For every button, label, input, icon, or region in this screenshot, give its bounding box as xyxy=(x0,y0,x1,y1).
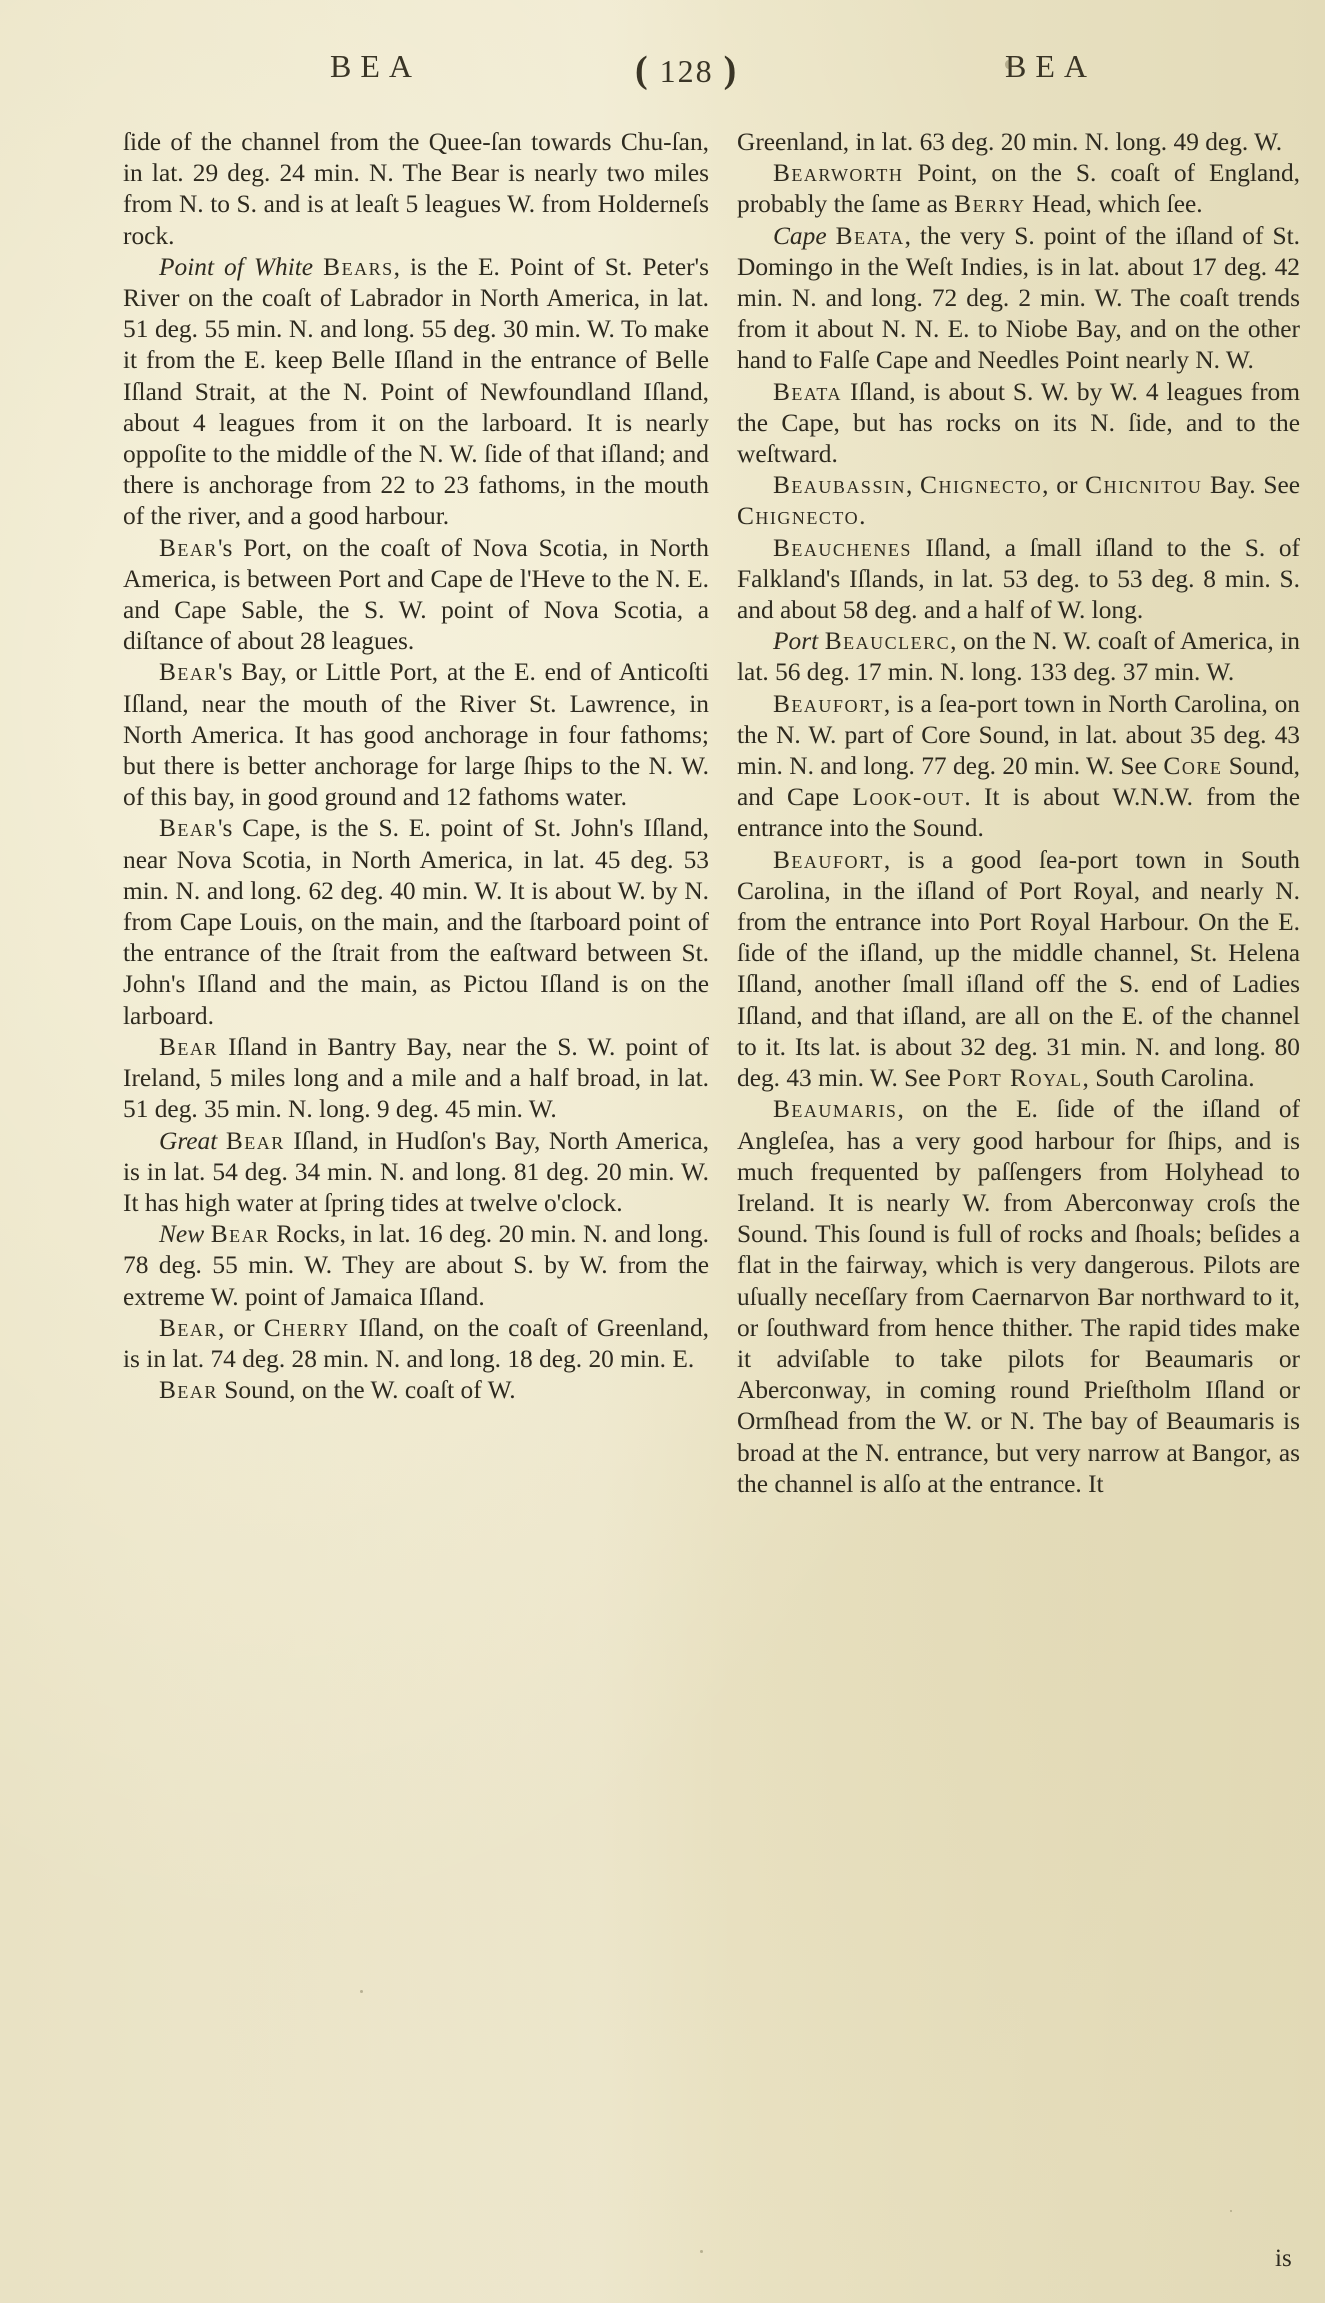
entry-headword: Bear xyxy=(159,1033,218,1061)
book-page: BEA ( 128 ) BEA ſide of the channel from… xyxy=(0,0,1325,2303)
entry-headword: Bearworth xyxy=(773,159,903,187)
entry-headword: Beaumaris xyxy=(773,1095,897,1123)
entry-headword: Beauclerc xyxy=(825,627,950,655)
running-head-left: BEA xyxy=(330,48,421,85)
entry-text: Greenland, in lat. 63 deg. 20 min. N. lo… xyxy=(737,128,1282,156)
entry-text: , on the E. ſide of the iſland of Angleſ… xyxy=(737,1095,1300,1497)
gazetteer-entry: Point of White Bears, is the E. Point of… xyxy=(123,252,709,533)
column-right: Greenland, in lat. 63 deg. 20 min. N. lo… xyxy=(737,127,1300,1500)
entry-prefix: Cape xyxy=(773,222,836,250)
gazetteer-entry: Beata Iſland, is about S. W. by W. 4 lea… xyxy=(737,377,1300,471)
gazetteer-entry: New Bear Rocks, in lat. 16 deg. 20 min. … xyxy=(123,1219,709,1313)
entry-headword: Beata xyxy=(836,222,905,250)
gazetteer-entry: Bear's Cape, is the S. E. point of St. J… xyxy=(123,813,709,1031)
paper-speck xyxy=(700,2250,703,2253)
entry-text: , or xyxy=(1042,471,1085,499)
entry-text: Sound, on the W. coaſt of W. xyxy=(218,1376,516,1404)
gazetteer-entry: Bear Iſland in Bantry Bay, near the S. W… xyxy=(123,1032,709,1126)
entry-text: Bay. See xyxy=(1202,471,1300,499)
entry-headword: Bears xyxy=(323,253,393,281)
paper-speck xyxy=(1005,60,1012,69)
entry-headword: Chignecto xyxy=(920,471,1042,499)
entry-headword: Bear xyxy=(159,814,218,842)
entry-text: , is the E. Point of St. Peter's River o… xyxy=(123,253,709,531)
entry-prefix: Port xyxy=(773,627,825,655)
running-head: BEA ( 128 ) BEA xyxy=(0,48,1325,88)
entry-headword: Port Royal xyxy=(947,1064,1082,1092)
entry-headword: Bear xyxy=(159,1314,218,1342)
entry-headword: Bear xyxy=(226,1127,285,1155)
entry-headword: Beata xyxy=(773,378,842,406)
gazetteer-entry: Cape Beata, the very S. point of the iſl… xyxy=(737,221,1300,377)
entry-text: , xyxy=(906,471,920,499)
entry-headword: Bear xyxy=(211,1220,270,1248)
entry-headword: Bear xyxy=(159,658,218,686)
entry-text: ſide of the channel from the Quee-ſan to… xyxy=(123,128,709,250)
gazetteer-entry: Bear's Bay, or Little Port, at the E. en… xyxy=(123,657,709,813)
gazetteer-entry: Beaufort, is a ſea-port town in North Ca… xyxy=(737,689,1300,845)
entry-headword: Chignecto xyxy=(737,502,859,530)
paper-speck xyxy=(360,1990,363,1993)
entry-headword: Chicnitou xyxy=(1085,471,1202,499)
paper-speck xyxy=(1230,2210,1232,2212)
gazetteer-entry: Bear's Port, on the coaſt of Nova Scotia… xyxy=(123,533,709,658)
gazetteer-entry: Beaufort, is a good ſea-port town in Sou… xyxy=(737,845,1300,1095)
gazetteer-entry: Beaumaris, on the E. ſide of the iſland … xyxy=(737,1094,1300,1500)
entry-headword: Beaufort xyxy=(773,690,884,718)
column-left: ſide of the channel from the Quee-ſan to… xyxy=(123,127,709,1406)
catchword: is xyxy=(1275,2245,1292,2273)
entry-headword: Look-out xyxy=(852,783,964,811)
page-number: ( 128 ) xyxy=(635,48,738,92)
entry-headword: Berry xyxy=(954,190,1025,218)
gazetteer-entry: Beaubassin, Chignecto, or Chicnitou Bay.… xyxy=(737,470,1300,532)
gazetteer-entry: Bear, or Cherry Iſland, on the coaſt of … xyxy=(123,1313,709,1375)
entry-headword: Core xyxy=(1163,752,1222,780)
page-number-value: 128 xyxy=(660,53,714,89)
entry-headword: Beaufort xyxy=(773,846,884,874)
gazetteer-entry: Great Bear Iſland, in Hudſon's Bay, Nort… xyxy=(123,1126,709,1220)
entry-headword: Bear xyxy=(159,1376,218,1404)
entry-text: Head, which ſee. xyxy=(1026,190,1203,218)
gazetteer-entry: Bearworth Point, on the S. coaſt of Engl… xyxy=(737,158,1300,220)
entry-text: , is a good ſea-port town in South Carol… xyxy=(737,846,1300,1092)
entry-text: 's Cape, is the S. E. point of St. John'… xyxy=(123,814,709,1029)
running-head-right: BEA xyxy=(1005,48,1096,85)
entry-headword: Bear xyxy=(159,534,218,562)
entry-continuation: Greenland, in lat. 63 deg. 20 min. N. lo… xyxy=(737,127,1300,158)
entry-headword: Cherry xyxy=(264,1314,350,1342)
entry-text: . xyxy=(859,502,865,530)
entry-text: , or xyxy=(218,1314,264,1342)
entry-prefix: New xyxy=(159,1220,211,1248)
entry-headword: Beauchenes xyxy=(773,534,912,562)
gazetteer-entry: Bear Sound, on the W. coaſt of W. xyxy=(123,1375,709,1406)
entry-text: , South Carolina. xyxy=(1083,1064,1255,1092)
entry-continuation: ſide of the channel from the Quee-ſan to… xyxy=(123,127,709,252)
gazetteer-entry: Port Beauclerc, on the N. W. coaſt of Am… xyxy=(737,626,1300,688)
gazetteer-entry: Beauchenes Iſland, a ſmall iſland to the… xyxy=(737,533,1300,627)
entry-prefix: Great xyxy=(159,1127,226,1155)
entry-prefix: Point of White xyxy=(159,253,323,281)
entry-headword: Beaubassin xyxy=(773,471,906,499)
